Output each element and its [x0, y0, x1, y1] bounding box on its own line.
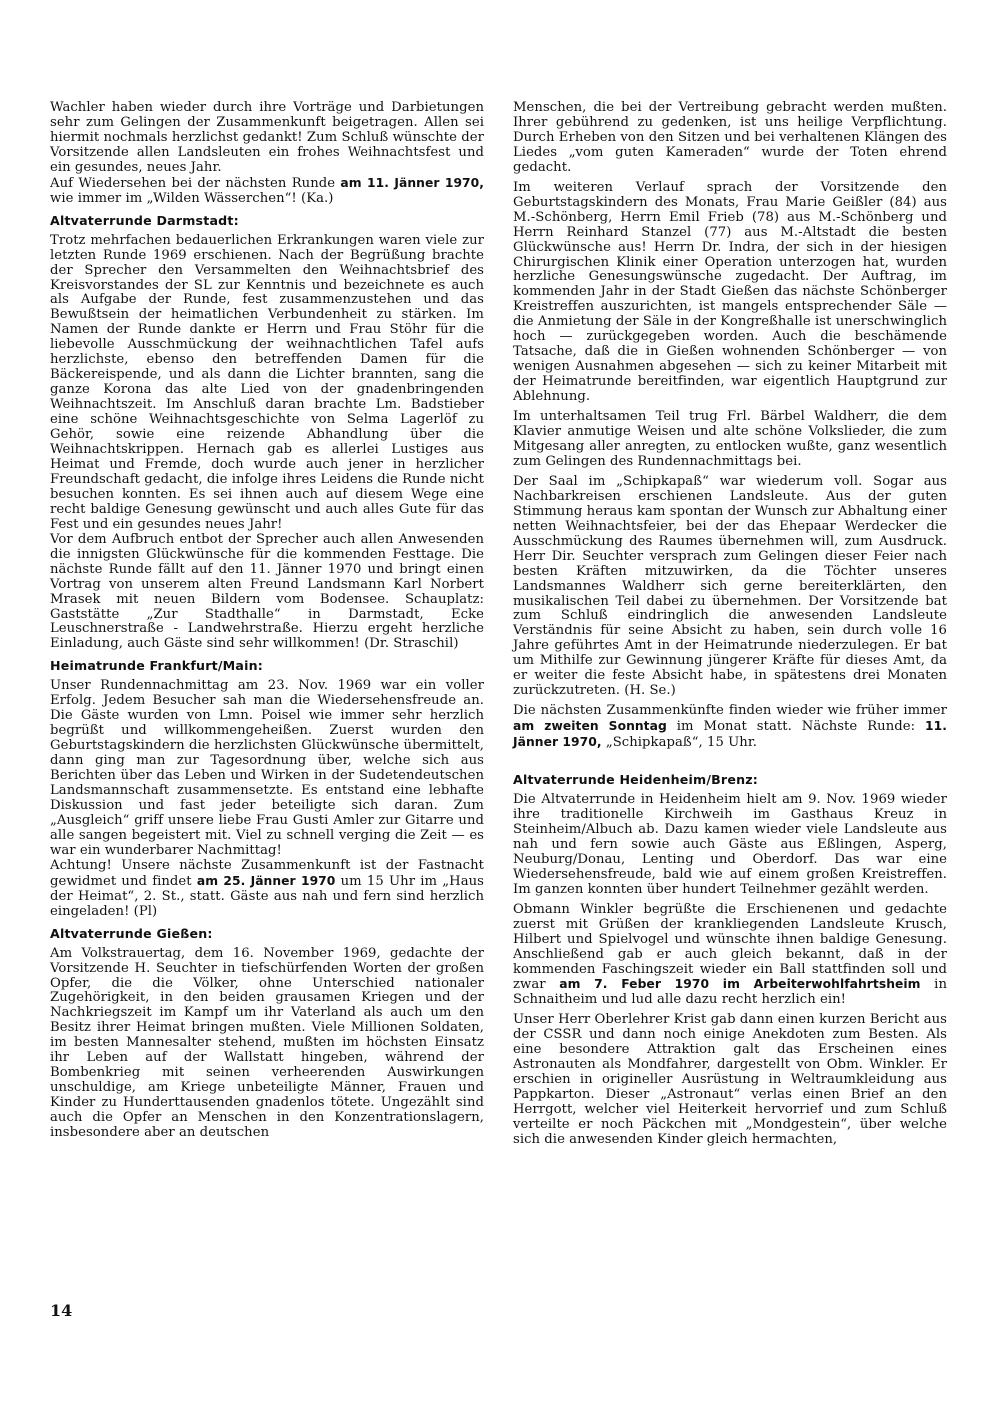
paragraph: Menschen, die bei der Vertreibung gebrac… [513, 101, 947, 176]
paragraph: Die nächsten Zusammenkünfte finden wiede… [513, 704, 947, 751]
paragraph: Der Saal im „Schipkapaß“ war wiederum vo… [513, 475, 947, 699]
text-run: im Monat statt. Nächste Runde: [667, 719, 925, 734]
paragraph: Im weiteren Verlauf sprach der Vorsitzen… [513, 181, 947, 405]
text-run: Die nächsten Zusammenkünfte finden wiede… [513, 703, 947, 718]
right-column: Menschen, die bei der Vertreibung gebrac… [513, 101, 947, 1153]
paragraph: Im unterhaltsamen Teil trug Frl. Bärbel … [513, 410, 947, 470]
spacer [513, 756, 947, 766]
newsletter-page: Wachler haben wieder durch ihre Vorträge… [0, 0, 1000, 1413]
text-run: wie immer im „Wilden Wässerchen“! (Ka.) [50, 191, 333, 206]
bold-date: am 11. Jänner 1970, [340, 176, 484, 190]
section-heading-frankfurt: Heimatrunde Frankfurt/Main: [50, 658, 484, 673]
bold-text: am zweiten Sonntag [513, 719, 667, 733]
paragraph: Obmann Winkler begrüßte die Erschienenen… [513, 903, 947, 1009]
section-heading-heidenheim: Altvaterrunde Heidenheim/Brenz: [513, 772, 947, 787]
page-number: 14 [50, 1301, 72, 1320]
paragraph: Achtung! Unsere nächste Zusammenkunft is… [50, 859, 484, 920]
paragraph: Wachler haben wieder durch ihre Vorträge… [50, 101, 484, 176]
bold-date: am 7. Feber 1970 im Arbeiterwohlfahrtshe… [559, 977, 920, 991]
paragraph: Die Altvaterrunde in Heidenheim hielt am… [513, 793, 947, 898]
left-column: Wachler haben wieder durch ihre Vorträge… [50, 101, 484, 1146]
bold-date: am 25. Jänner 1970 [197, 874, 336, 888]
paragraph: Trotz mehrfachen bedauerlichen Erkrankun… [50, 234, 484, 533]
section-heading-darmstadt: Altvaterrunde Darmstadt: [50, 213, 484, 228]
text-run: „Schipkapaß“, 15 Uhr. [602, 735, 757, 750]
paragraph: Am Volkstrauertag, dem 16. November 1969… [50, 947, 484, 1141]
text-run: Auf Wiedersehen bei der nächsten Runde [50, 176, 340, 191]
paragraph: Vor dem Aufbruch entbot der Sprecher auc… [50, 533, 484, 653]
paragraph: Unser Rundennachmittag am 23. Nov. 1969 … [50, 679, 484, 858]
section-heading-giessen: Altvaterrunde Gießen: [50, 926, 484, 941]
paragraph: Auf Wiedersehen bei der nächsten Runde a… [50, 176, 484, 207]
paragraph: Unser Herr Oberlehrer Krist gab dann ein… [513, 1013, 947, 1148]
